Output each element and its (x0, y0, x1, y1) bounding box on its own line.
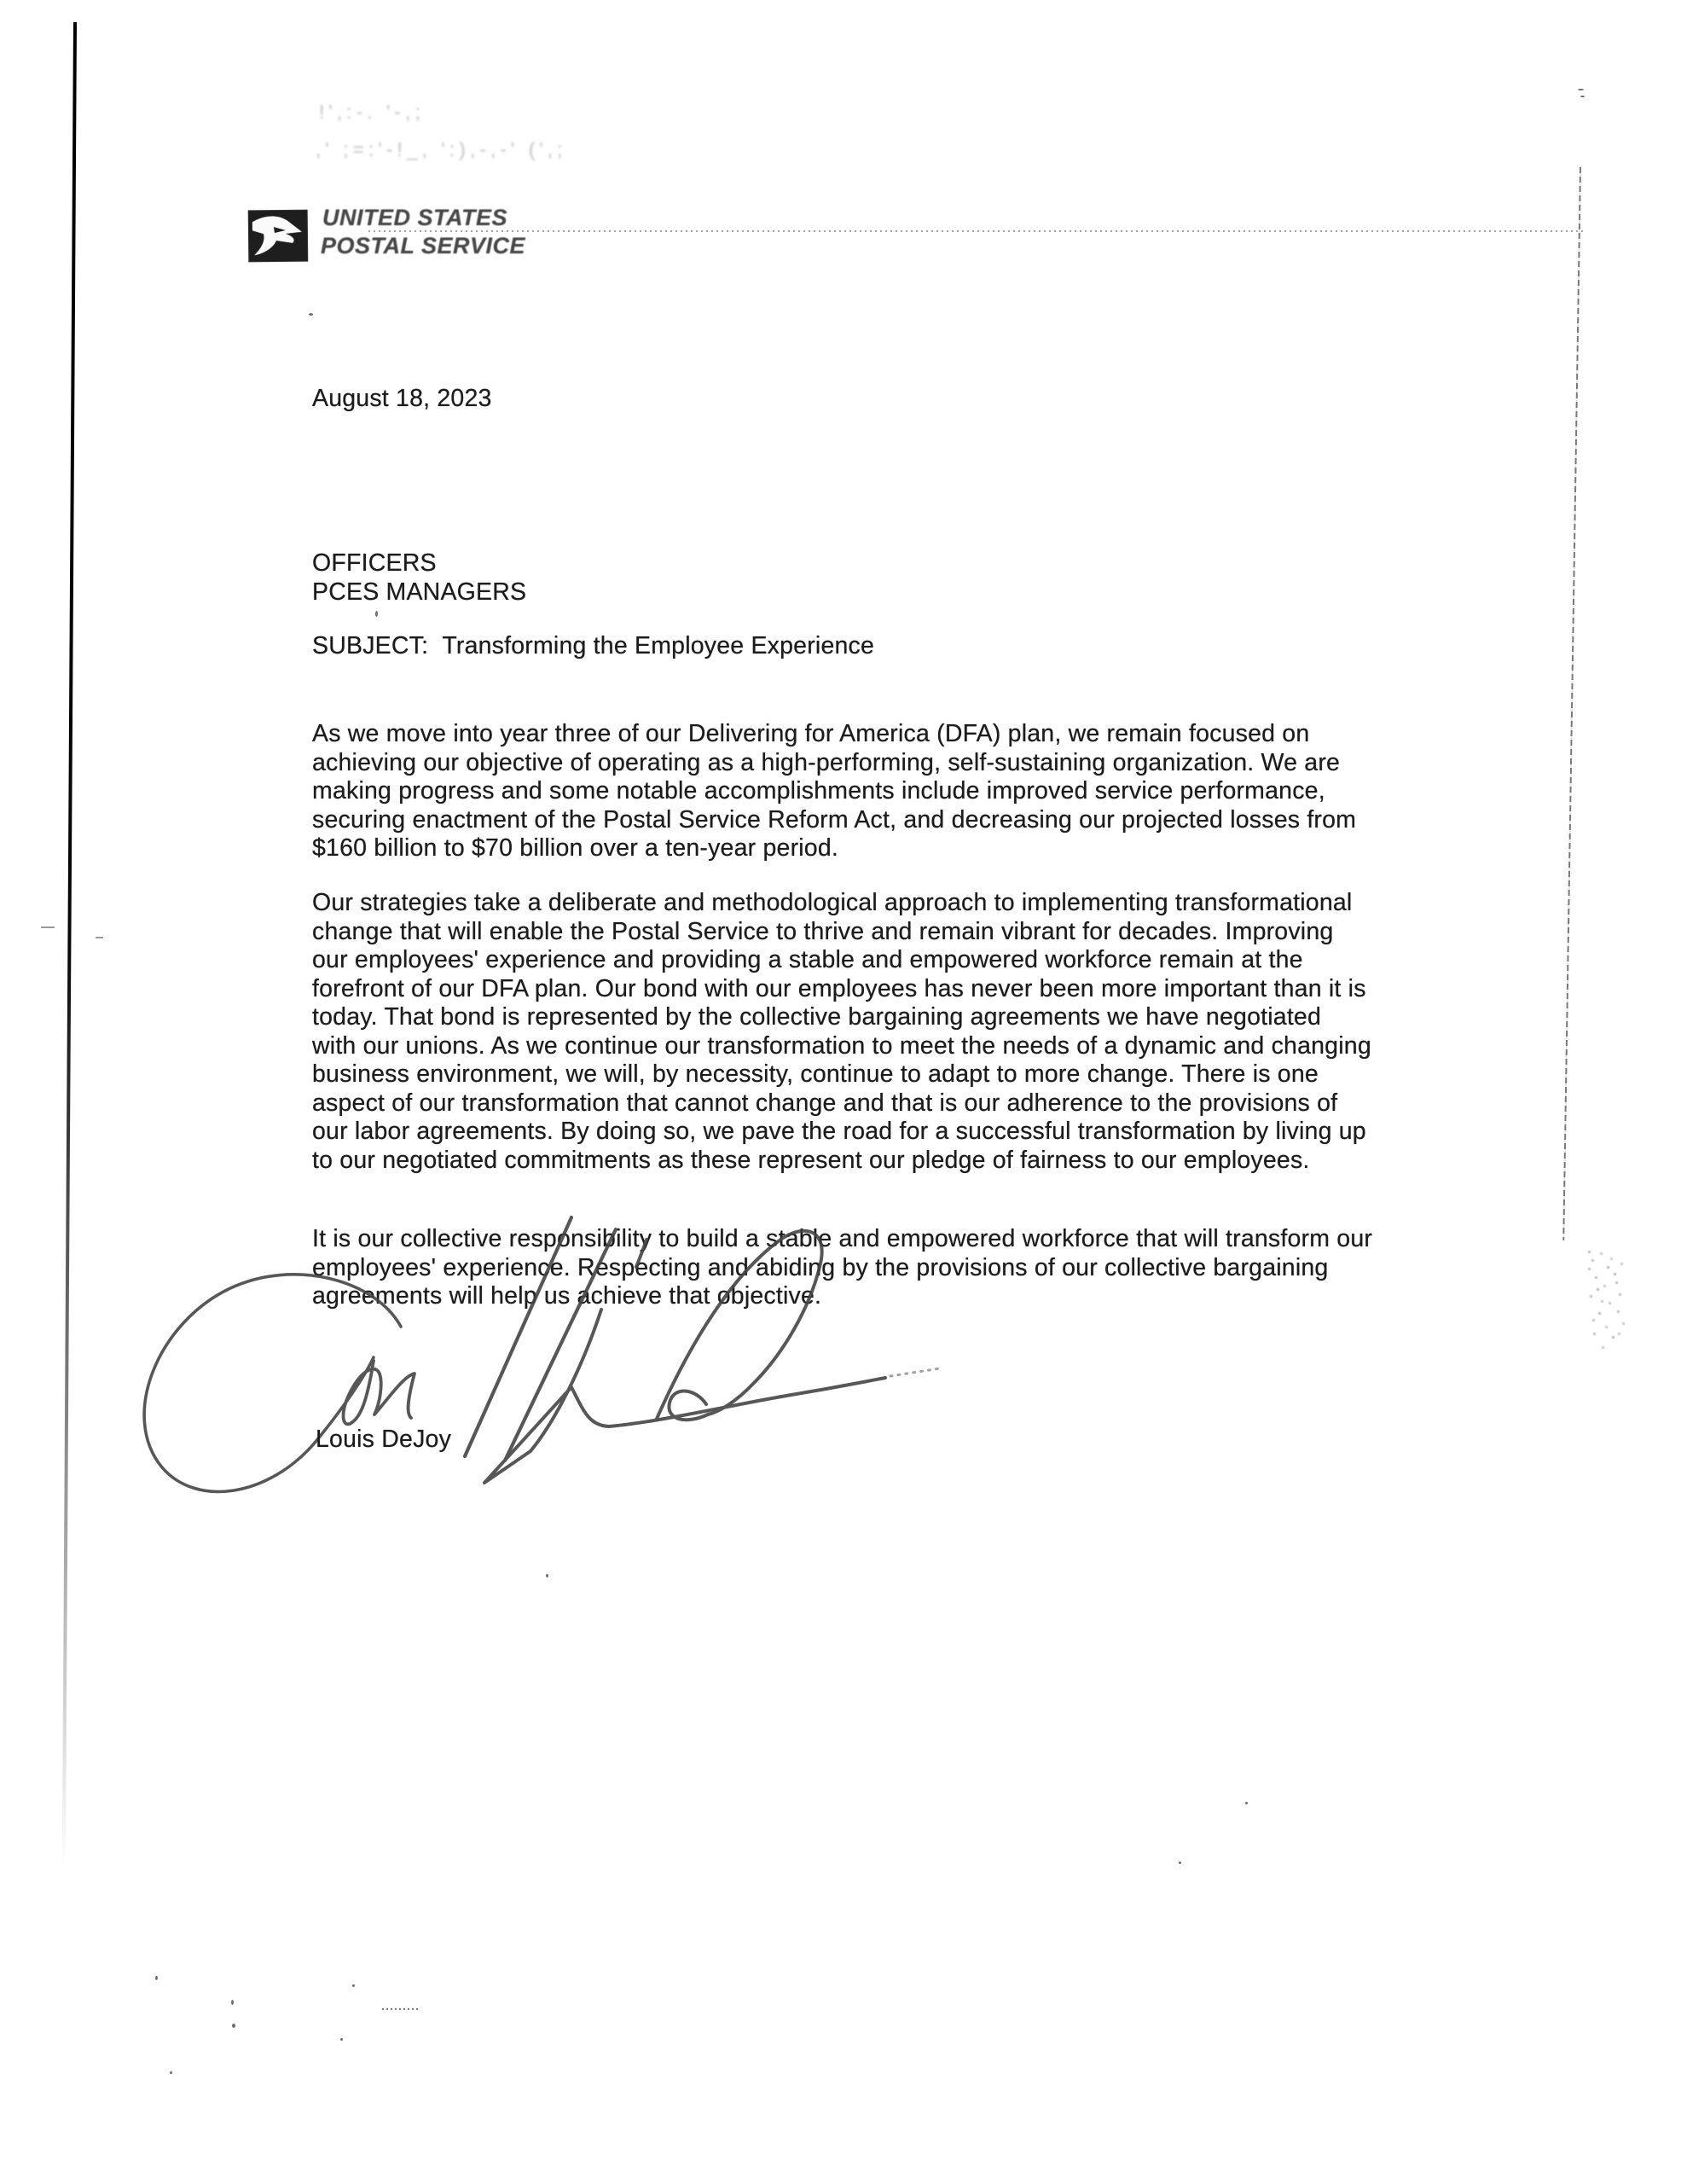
subject-label: SUBJECT: (312, 632, 428, 659)
paragraph-1: As we move into year three of our Delive… (312, 720, 1455, 863)
faint-illegible-text-line2: ,' ;=:'-!_, ':),-,-' (',; (316, 138, 567, 161)
subject-line: SUBJECT: Transforming the Employee Exper… (312, 632, 874, 661)
logo-wordmark-line1: UNITED STATES (322, 205, 507, 230)
paragraph-2: Our strategies take a deliberate and met… (312, 889, 1455, 1175)
signature-scrawl (111, 1199, 964, 1600)
scan-speck (155, 1976, 158, 1980)
usps-eagle-icon (248, 210, 309, 263)
subject-text: Transforming the Employee Experience (442, 632, 874, 659)
right-scan-artifact-line (1562, 167, 1581, 1240)
scan-dotted-mark (382, 2008, 420, 2010)
scan-speck (340, 2038, 343, 2041)
scan-speck (96, 937, 103, 938)
logo-wordmark-line2: POSTAL SERVICE (321, 233, 525, 258)
letterhead-dotted-rule (368, 230, 1583, 232)
scan-speck (170, 2071, 172, 2074)
scan-speck (352, 1984, 355, 1987)
scan-speck (1580, 96, 1585, 97)
scan-speck (1245, 1802, 1248, 1804)
scan-speck (375, 611, 378, 617)
scan-speck (232, 2024, 235, 2028)
letter-date: August 18, 2023 (312, 385, 492, 414)
scan-speck (1578, 89, 1584, 90)
faint-illegible-text-line1: !',:-. '-,; (319, 101, 425, 124)
scan-speck (1179, 1862, 1181, 1864)
left-scan-artifact-line (62, 22, 77, 1865)
scan-speck (41, 926, 55, 928)
scan-smudge (1588, 1251, 1591, 1253)
scan-speck (231, 2000, 234, 2005)
signer-name: Louis DeJoy (316, 1426, 451, 1455)
recipients-block: OFFICERS PCES MANAGERS (312, 549, 526, 607)
scanned-letter-page: !',:-. '-,; ,' ;=:'-!_, ':),-,-' (',; UN… (0, 0, 1687, 2184)
scan-speck (309, 313, 313, 316)
scan-speck (546, 1574, 548, 1577)
